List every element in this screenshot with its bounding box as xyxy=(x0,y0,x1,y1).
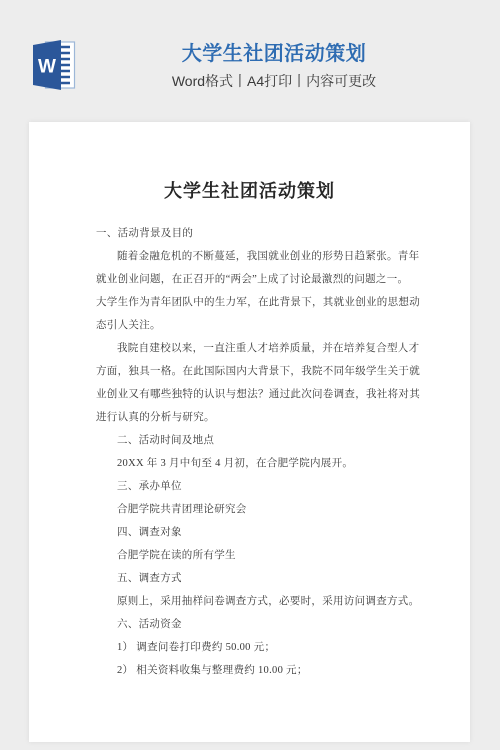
word-logo-icon: W xyxy=(33,40,77,90)
template-subtitle: Word格式丨A4打印丨内容可更改 xyxy=(48,73,500,89)
doc-line: 20XX 年 3 月中旬至 4 月初，在合肥学院内展开。 xyxy=(96,452,412,475)
template-title: 大学生社团活动策划 xyxy=(48,42,500,66)
doc-lines: 一、活动背景及目的随着金融危机的不断蔓延，我国就业创业的形势日趋紧张。青年就业创… xyxy=(96,222,412,682)
doc-line: 三、承办单位 xyxy=(96,475,412,498)
doc-line: 2） 相关资料收集与整理费约 10.00 元； xyxy=(96,659,412,682)
template-header: W 大学生社团活动策划 Word格式丨A4打印丨内容可更改 xyxy=(0,0,500,122)
doc-line: 随着金融危机的不断蔓延，我国就业创业的形势日趋紧张。青年 xyxy=(96,245,412,268)
doc-line: 合肥学院在读的所有学生 xyxy=(96,544,412,567)
document-title: 大学生社团活动策划 xyxy=(29,177,470,203)
doc-line: 我院自建校以来，一直注重人才培养质量，并在培养复合型人才 xyxy=(96,337,412,360)
doc-line: 二、活动时间及地点 xyxy=(96,429,412,452)
document-page: 大学生社团活动策划 一、活动背景及目的随着金融危机的不断蔓延，我国就业创业的形势… xyxy=(29,122,470,742)
doc-line: 大学生作为青年团队中的生力军，在此背景下，其就业创业的思想动 xyxy=(96,291,412,314)
doc-line: 态引人关注。 xyxy=(96,314,412,337)
doc-line: 六、活动资金 xyxy=(96,613,412,636)
doc-line: 1） 调查问卷打印费约 50.00 元； xyxy=(96,636,412,659)
word-logo-letter: W xyxy=(38,57,56,78)
doc-line: 方面，独具一格。在此国际国内大背景下，我院不同年级学生关于就 xyxy=(96,360,412,383)
doc-line: 进行认真的分析与研究。 xyxy=(96,406,412,429)
doc-line: 五、调查方式 xyxy=(96,567,412,590)
doc-line: 就业创业问题，在正召开的“两会”上成了讨论最激烈的问题之一。 xyxy=(96,268,412,291)
doc-line: 一、活动背景及目的 xyxy=(96,222,412,245)
doc-line: 业创业又有哪些独特的认识与想法？通过此次问卷调查，我社将对其 xyxy=(96,383,412,406)
doc-line: 合肥学院共青团理论研究会 xyxy=(96,498,412,521)
doc-line: 原则上，采用抽样问卷调查方式，必要时，采用访问调查方式。 xyxy=(96,590,412,613)
doc-line: 四、调查对象 xyxy=(96,521,412,544)
